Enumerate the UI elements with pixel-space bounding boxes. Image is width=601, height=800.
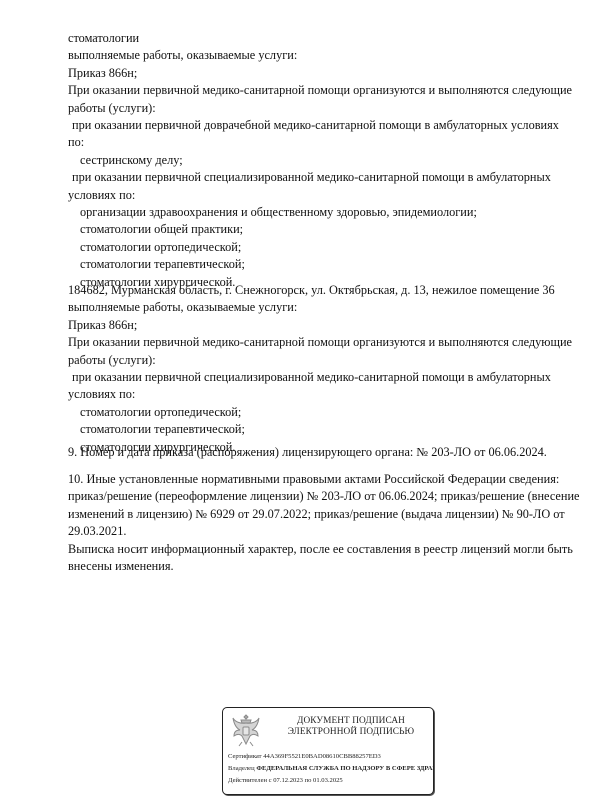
section-address-2: 184682, Мурманская область, г. Снежногор… xyxy=(68,282,568,456)
section-address-1: стоматологии выполняемые работы, оказыва… xyxy=(68,30,568,291)
owner-row: Владелец ФЕДЕРАЛЬНАЯ СЛУЖБА ПО НАДЗОРУ В… xyxy=(228,764,434,773)
list-item: стоматологии ортопедической; xyxy=(68,404,568,421)
text-line: при оказании первичной специализированно… xyxy=(68,169,568,186)
list-item: организации здравоохранения и общественн… xyxy=(68,204,568,221)
text-line: приказ/решение (переоформление лицензии)… xyxy=(68,488,568,505)
text-line: работы (услуги): xyxy=(68,100,568,117)
text-line: по: xyxy=(68,134,568,151)
text-line: При оказании первичной медико-санитарной… xyxy=(68,82,568,99)
stamp-title: ДОКУМЕНТ ПОДПИСАН ЭЛЕКТРОННОЙ ПОДПИСЬЮ xyxy=(271,716,431,738)
text-line: работы (услуги): xyxy=(68,352,568,369)
text-line: внесены изменения. xyxy=(68,558,568,575)
list-item: стоматологии терапевтической; xyxy=(68,256,568,273)
text-line: выполняемые работы, оказываемые услуги: xyxy=(68,299,568,316)
text-line: 9. Номер и дата приказа (распоряжения) л… xyxy=(68,444,568,461)
text-line: стоматологии xyxy=(68,30,568,47)
certificate-value: 44A369F5521E0BAD08610CBB88257ED3 xyxy=(263,753,381,760)
russian-coat-of-arms-icon xyxy=(231,712,261,748)
list-item: стоматологии терапевтической; xyxy=(68,421,568,438)
disclaimer-note: Выписка носит информационный характер, п… xyxy=(68,541,568,576)
text-line: Выписка носит информационный характер, п… xyxy=(68,541,568,558)
text-line: 10. Иные установленные нормативными прав… xyxy=(68,471,568,488)
certificate-row: Сертификат 44A369F5521E0BAD08610CBB88257… xyxy=(228,752,381,761)
electronic-signature-stamp: ДОКУМЕНТ ПОДПИСАН ЭЛЕКТРОННОЙ ПОДПИСЬЮ С… xyxy=(222,707,434,795)
text-line: Приказ 866н; xyxy=(68,317,568,334)
text-line: изменений в лицензию) № 6929 от 29.07.20… xyxy=(68,506,568,523)
text-line: При оказании первичной медико-санитарной… xyxy=(68,334,568,351)
item-10-other-info: 10. Иные установленные нормативными прав… xyxy=(68,471,568,541)
text-line: при оказании первичной специализированно… xyxy=(68,369,568,386)
owner-value: ФЕДЕРАЛЬНАЯ СЛУЖБА ПО НАДЗОРУ В СФЕРЕ ЗД… xyxy=(256,765,434,772)
address-line: 184682, Мурманская область, г. Снежногор… xyxy=(68,282,568,299)
text-line: условиях по: xyxy=(68,187,568,204)
validity-row: Действителен с 07.12.2023 по 01.03.2025 xyxy=(228,776,343,785)
text-line: выполняемые работы, оказываемые услуги: xyxy=(68,47,568,64)
text-line: Приказ 866н; xyxy=(68,65,568,82)
text-line: при оказании первичной доврачебной медик… xyxy=(68,117,568,134)
text-line: условиях по: xyxy=(68,386,568,403)
item-9-order-number: 9. Номер и дата приказа (распоряжения) л… xyxy=(68,444,568,461)
list-item: стоматологии ортопедической; xyxy=(68,239,568,256)
document-page: стоматологии выполняемые работы, оказыва… xyxy=(0,0,601,800)
text-line: 29.03.2021. xyxy=(68,523,568,540)
list-item: сестринскому делу; xyxy=(68,152,568,169)
list-item: стоматологии общей практики; xyxy=(68,221,568,238)
